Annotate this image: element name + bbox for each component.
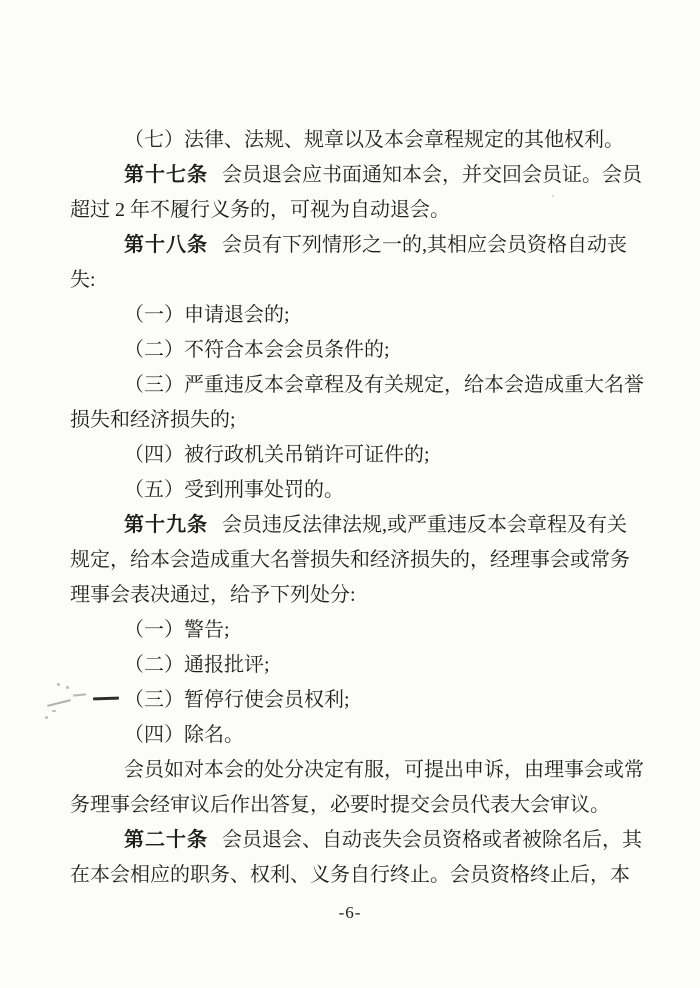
text-line: 规定，给本会造成重大名誉损失和经济损失的，经理事会或常务	[70, 543, 626, 578]
text-line: 第十七条会员退会应书面通知本会，并交回会员证。会员	[70, 158, 626, 193]
line-text: （二）通报批评;	[124, 654, 270, 676]
scratch-artifact	[47, 699, 71, 707]
text-line: （三）严重违反本会章程及有关规定，给本会造成重大名誉	[70, 368, 626, 403]
ink-speck-artifact	[45, 716, 48, 719]
line-text: （四）被行政机关吊销许可证件的;	[124, 444, 430, 466]
line-text: 会员有下列情形之一的,其相应会员资格自动丧	[222, 234, 627, 256]
line-text: 在本会相应的职务、权利、义务自行终止。会员资格终止后，本	[70, 864, 630, 886]
line-text: 务理事会经审议后作出答复，必要时提交会员代表大会审议。	[70, 794, 610, 816]
text-line: （四）被行政机关吊销许可证件的;	[70, 438, 626, 473]
text-line: （二）通报批评;	[70, 648, 626, 683]
line-text: （三）严重违反本会章程及有关规定，给本会造成重大名誉	[124, 374, 644, 396]
text-line: 会员如对本会的处分决定有服，可提出申诉，由理事会或常	[70, 753, 626, 788]
text-line: （二）不符合本会会员条件的;	[70, 333, 626, 368]
line-text: 失:	[70, 269, 96, 291]
text-block: （七）法律、法规、规章以及本会章程规定的其他权利。第十七条会员退会应书面通知本会…	[70, 123, 626, 893]
text-line: 在本会相应的职务、权利、义务自行终止。会员资格终止后，本	[70, 858, 626, 893]
text-line: 失:	[70, 263, 626, 298]
text-line: 理事会表决通过，给予下列处分:	[70, 578, 626, 613]
line-text: 会员退会、自动丧失会员资格或者被除名后，其	[222, 829, 642, 851]
line-text: （五）受到刑事处罚的。	[124, 479, 344, 501]
line-text: 超过 2 年不履行义务的，可视为自动退会。	[70, 199, 450, 221]
text-line: （七）法律、法规、规章以及本会章程规定的其他权利。	[70, 123, 626, 158]
article-number: 第二十条	[124, 829, 208, 851]
text-line: （一）警告;	[70, 613, 626, 648]
line-text: 会员违反法律法规,或严重违反本会章程及有关	[222, 514, 627, 536]
page-number: -6-	[0, 903, 700, 923]
article-number: 第十七条	[124, 164, 208, 186]
line-text: （四）除名。	[124, 724, 244, 746]
ink-speck-artifact	[52, 710, 56, 712]
text-line: 超过 2 年不履行义务的，可视为自动退会。	[70, 193, 626, 228]
article-number: 第十九条	[124, 514, 208, 536]
line-text: （七）法律、法规、规章以及本会章程规定的其他权利。	[124, 129, 624, 151]
text-line: 第十九条会员违反法律法规,或严重违反本会章程及有关	[70, 508, 626, 543]
line-text: 理事会表决通过，给予下列处分:	[70, 584, 356, 606]
line-text: （一）申请退会的;	[124, 304, 290, 326]
line-text: 损失和经济损失的;	[70, 409, 236, 431]
line-text: 规定，给本会造成重大名誉损失和经济损失的，经理事会或常务	[70, 549, 630, 571]
line-text: （一）警告;	[124, 619, 230, 641]
line-text: （二）不符合本会会员条件的;	[124, 339, 390, 361]
ink-speck-artifact	[57, 683, 60, 686]
ink-speck-artifact	[66, 686, 69, 689]
text-line: （一）申请退会的;	[70, 298, 626, 333]
text-line: （四）除名。	[70, 718, 626, 753]
line-text: 会员如对本会的处分决定有服，可提出申诉，由理事会或常	[124, 759, 644, 781]
article-number: 第十八条	[124, 234, 208, 256]
text-line: 第十八条会员有下列情形之一的,其相应会员资格自动丧	[70, 228, 626, 263]
text-line: 第二十条会员退会、自动丧失会员资格或者被除名后，其	[70, 823, 626, 858]
text-line: 损失和经济损失的;	[70, 403, 626, 438]
line-text: （三）暂停行使会员权利;	[124, 689, 350, 711]
text-line: （五）受到刑事处罚的。	[70, 473, 626, 508]
text-line: （三）暂停行使会员权利;	[70, 683, 626, 718]
text-line: 务理事会经审议后作出答复，必要时提交会员代表大会审议。	[70, 788, 626, 823]
line-text: 会员退会应书面通知本会，并交回会员证。会员	[222, 164, 642, 186]
document-page: （七）法律、法规、规章以及本会章程规定的其他权利。第十七条会员退会应书面通知本会…	[0, 0, 700, 988]
